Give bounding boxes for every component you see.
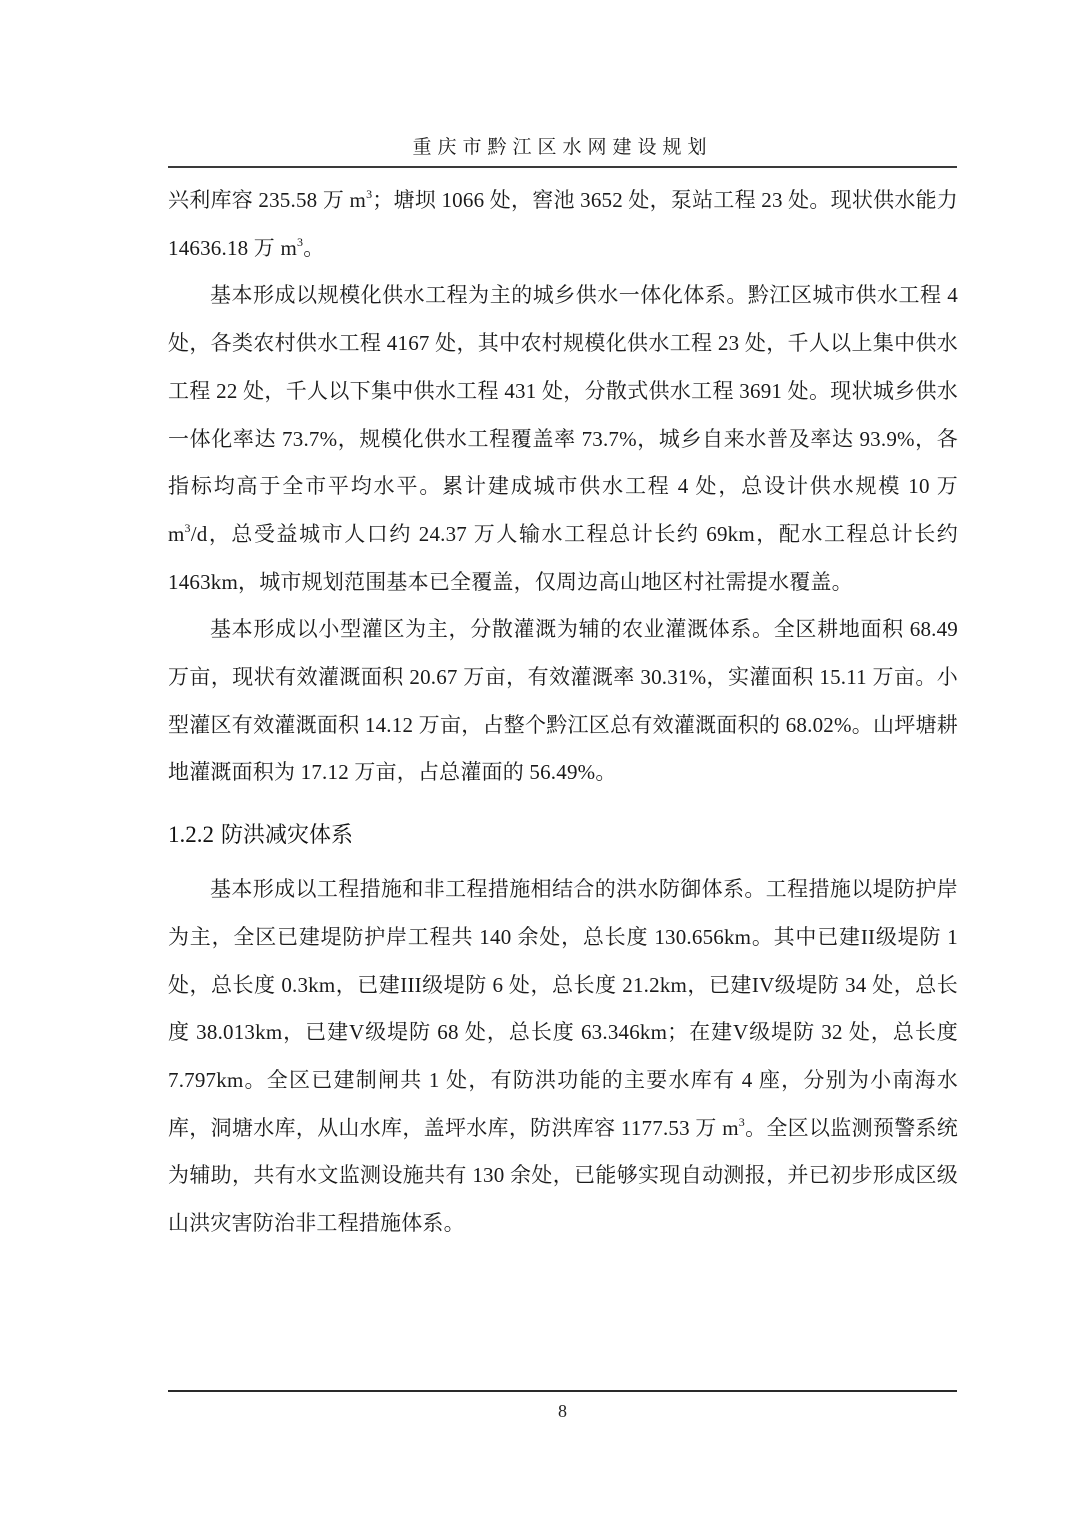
section-heading: 1.2.2 防洪减灾体系 [168,815,958,856]
text-run: 基本形成以规模化供水工程为主的城乡供水一体化体系。黔江区城市供水工程 4 处，各… [168,283,958,546]
page-number: 8 [168,1401,957,1422]
paragraph-water-supply-capacity: 兴利库容 235.58 万 m3；塘坝 1066 处，窖池 3652 处，泵站工… [168,177,958,272]
text-run: /d，总受益城市人口约 24.37 万人输水工程总计长约 69km，配水工程总计… [168,522,958,594]
paragraph-flood-control-system: 基本形成以工程措施和非工程措施相结合的洪水防御体系。工程措施以堤防护岸为主，全区… [168,866,958,1248]
text-run: 基本形成以工程措施和非工程措施相结合的洪水防御体系。工程措施以堤防护岸为主，全区… [168,877,958,1140]
running-header-title: 重庆市黔江区水网建设规划 [168,132,957,159]
paragraph-irrigation-system: 基本形成以小型灌区为主，分散灌溉为辅的农业灌溉体系。全区耕地面积 68.49 万… [168,606,958,797]
footer-divider [168,1390,957,1392]
text-run: 。 [303,236,324,260]
header-divider [168,166,957,168]
paragraph-urban-rural-water-supply: 基本形成以规模化供水工程为主的城乡供水一体化体系。黔江区城市供水工程 4 处，各… [168,272,958,606]
section-number: 1.2.2 [168,822,214,847]
text-run: 兴利库容 235.58 万 m [168,188,366,212]
document-body: 兴利库容 235.58 万 m3；塘坝 1066 处，窖池 3652 处，泵站工… [168,177,958,1248]
section-title: 防洪减灾体系 [221,823,353,848]
